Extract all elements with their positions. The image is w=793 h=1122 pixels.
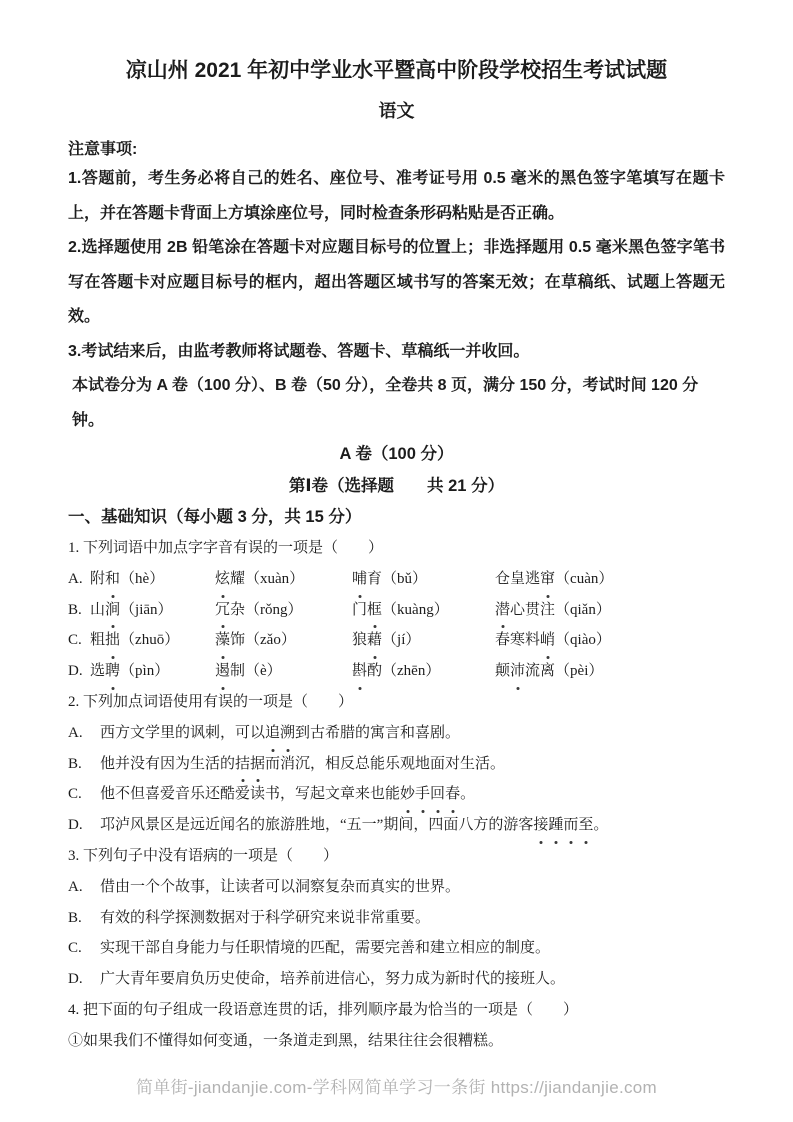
notice-heading: 注意事项: <box>68 138 725 162</box>
emphasized-char: 斟 <box>352 656 367 687</box>
emphasized-char: 溯 <box>280 718 295 749</box>
q3-stem: 3. 下列句子中没有语病的一项是（ ） <box>68 841 725 872</box>
q1-stem: 1. 下列词语中加点字字音有误的一项是（ ） <box>68 533 725 564</box>
q2-option-a: A. 西方文学里的讽刺，可以追溯到古希腊的寓言和喜剧。 <box>68 718 725 749</box>
option-term: 狼藉（jí） <box>352 625 495 656</box>
q1-option-row-c: C. 粗拙（zhuō） 藻饰（zǎo） 狼藉（jí） 春寒料峭（qiào） <box>68 625 725 656</box>
q4-stem: 4. 把下面的句子组成一段语意连贯的话，排列顺序最为恰当的一项是（ ） <box>68 995 725 1026</box>
emphasized-char: 哺 <box>352 564 367 595</box>
emphasized-char: 潜 <box>495 595 510 626</box>
option-text: 他不但喜爱音乐还酷爱读书，写起文章来也能妙手回春。 <box>100 779 725 810</box>
emphasized-char: 手 <box>415 779 430 810</box>
option-text: 实现干部自身能力与任职情境的匹配，需要完善和建立相应的制度。 <box>100 933 725 964</box>
emphasized-char: 和 <box>105 564 120 595</box>
emphasized-char: 拮 <box>235 749 250 780</box>
option-label: D. <box>68 656 90 687</box>
q2-option-c: C. 他不但喜爱音乐还酷爱读书，写起文章来也能妙手回春。 <box>68 779 725 810</box>
q2-stem: 2. 下列加点词语使用有误的一项是（ ） <box>68 687 725 718</box>
option-term: 斟酌（zhēn） <box>352 656 495 687</box>
option-term: 春寒料峭（qiào） <box>495 625 725 656</box>
option-text: 借由一个个故事，让读者可以洞察复杂而真实的世界。 <box>100 872 725 903</box>
option-label: D. <box>68 810 100 841</box>
option-label: A. <box>68 872 100 903</box>
q1-option-row-d: D. 选聘（pìn） 遏制（è） 斟酌（zhēn） 颠沛流离（pèi） <box>68 656 725 687</box>
q3-option-d: D. 广大青年要肩负历史使命，培养前进信心，努力成为新时代的接班人。 <box>68 964 725 995</box>
emphasized-char: 藉 <box>367 625 382 656</box>
exam-document-page: 凉山州 2021 年初中学业水平暨高中阶段学校招生考试试题 语文 注意事项: 1… <box>0 0 793 1057</box>
q3-option-c: C. 实现干部自身能力与任职情境的匹配，需要完善和建立相应的制度。 <box>68 933 725 964</box>
option-text: 他并没有因为生活的拮据而消沉，相反总能乐观地面对生活。 <box>100 749 725 780</box>
option-term: 颠沛流离（pèi） <box>495 656 725 687</box>
option-term: 藻饰（zǎo） <box>215 625 352 656</box>
option-text: 有效的科学探测数据对于科学研究来说非常重要。 <box>100 903 725 934</box>
emphasized-char: 冗 <box>215 595 230 626</box>
notice-item-1: 1.答题前，考生务必将自己的姓名、座位号、准考证号用 0.5 毫米的黑色签字笔填… <box>68 162 725 231</box>
option-text: 邛泸风景区是远近闻名的旅游胜地，“五一”期间，四面八方的游客接踵而至。 <box>100 810 725 841</box>
emphasized-char: 峭 <box>540 625 555 656</box>
option-term: 遏制（è） <box>215 656 352 687</box>
volume-a-heading: A 卷（100 分） <box>68 438 725 470</box>
emphasized-char: 拙 <box>105 625 120 656</box>
option-label: C. <box>68 625 90 656</box>
emphasized-char: 聘 <box>105 656 120 687</box>
emphasized-char: 妙 <box>400 779 415 810</box>
q2-option-d: D. 邛泸风景区是远近闻名的旅游胜地，“五一”期间，四面八方的游客接踵而至。 <box>68 810 725 841</box>
option-term: 仓皇逃窜（cuàn） <box>495 564 725 595</box>
page-footer: 简单街-jiandanjie.com-学科网简单学习一条街 https://ji… <box>0 1073 793 1098</box>
option-term: 粗拙（zhuō） <box>90 625 215 656</box>
emphasized-char: 回 <box>430 779 445 810</box>
option-text: 西方文学里的讽刺，可以追溯到古希腊的寓言和喜剧。 <box>100 718 725 749</box>
emphasized-char: 窜 <box>540 564 555 595</box>
emphasized-char: 据 <box>250 749 265 780</box>
q2-option-b: B. 他并没有因为生活的拮据而消沉，相反总能乐观地面对生活。 <box>68 749 725 780</box>
emphasized-char: 踵 <box>548 810 563 841</box>
notice-item-3: 3.考试结来后，由监考教师将试题卷、答题卡、草稿纸一并收回。 <box>68 335 725 370</box>
emphasized-char: 沛 <box>510 656 525 687</box>
exam-summary: 本试卷分为 A 卷（100 分）、B 卷（50 分），全卷共 8 页，满分 15… <box>68 369 725 438</box>
option-text: 广大青年要肩负历史使命，培养前进信心，努力成为新时代的接班人。 <box>100 964 725 995</box>
emphasized-char: 藻 <box>215 625 230 656</box>
option-term: 哺育（bǔ） <box>352 564 495 595</box>
option-label: A. <box>68 564 90 595</box>
emphasized-char: 追 <box>265 718 280 749</box>
emphasized-char: 炫 <box>215 564 230 595</box>
section1-heading: 一、基础知识（每小题 3 分，共 15 分） <box>68 502 725 533</box>
emphasized-char: 框 <box>367 595 382 626</box>
q1-option-row-b: B. 山涧（jiān） 冗杂（rǒng） 门框（kuàng） 潜心贯注（qiǎn… <box>68 595 725 626</box>
option-term: 门框（kuàng） <box>352 595 495 626</box>
option-term: 选聘（pìn） <box>90 656 215 687</box>
option-label: B. <box>68 903 100 934</box>
q3-option-a: A. 借由一个个故事，让读者可以洞察复杂而真实的世界。 <box>68 872 725 903</box>
emphasized-char: 接 <box>533 810 548 841</box>
option-term: 附和（hè） <box>90 564 215 595</box>
q3-option-b: B. 有效的科学探测数据对于科学研究来说非常重要。 <box>68 903 725 934</box>
exam-title: 凉山州 2021 年初中学业水平暨高中阶段学校招生考试试题 <box>68 56 725 86</box>
option-label: C. <box>68 933 100 964</box>
q4-sentence-1: ①如果我们不懂得如何变通，一条道走到黑，结果往往会很糟糕。 <box>68 1026 725 1057</box>
part1-heading: 第Ⅰ卷（选择题 共 21 分） <box>68 470 725 502</box>
option-label: B. <box>68 595 90 626</box>
exam-subject: 语文 <box>68 98 725 124</box>
emphasized-char: 而 <box>563 810 578 841</box>
option-term: 山涧（jiān） <box>90 595 215 626</box>
notice-item-2: 2.选择题使用 2B 铅笔涂在答题卡对应题目标号的位置上；非选择题用 0.5 毫… <box>68 231 725 335</box>
emphasized-char: 涧 <box>105 595 120 626</box>
option-term: 潜心贯注（qiǎn） <box>495 595 725 626</box>
option-label: A. <box>68 718 100 749</box>
emphasized-char: 春 <box>445 779 460 810</box>
option-term: 冗杂（rǒng） <box>215 595 352 626</box>
emphasized-char: 遏 <box>215 656 230 687</box>
q1-option-row-a: A. 附和（hè） 炫耀（xuàn） 哺育（bǔ） 仓皇逃窜（cuàn） <box>68 564 725 595</box>
option-term: 炫耀（xuàn） <box>215 564 352 595</box>
option-label: B. <box>68 749 100 780</box>
emphasized-char: 至 <box>578 810 593 841</box>
option-label: C. <box>68 779 100 810</box>
option-label: D. <box>68 964 100 995</box>
